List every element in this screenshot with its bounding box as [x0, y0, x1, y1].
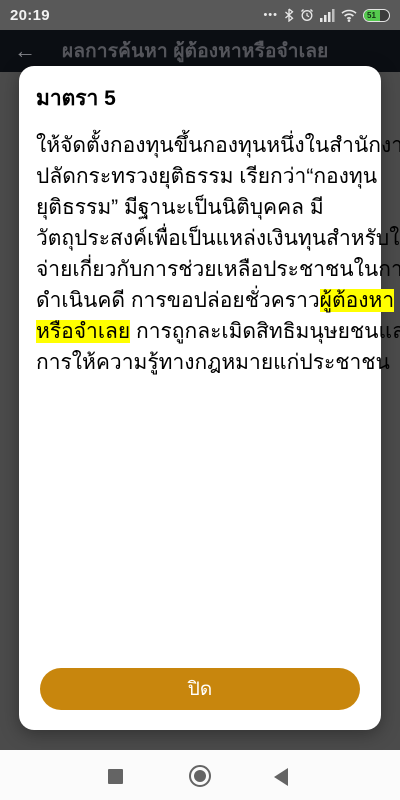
body-line: ดำเนินคดี การขอปล่อยชั่วคราวผู้ต้องหา: [36, 285, 369, 316]
android-nav-bar: [0, 750, 400, 800]
body-line: วัตถุประสงค์เพื่อเป็นแหล่งเงินทุนสำหรับใ…: [36, 223, 369, 254]
status-bar: 20:19 •••: [0, 0, 400, 30]
section-detail-modal: มาตรา 5 ให้จัดตั้งกองทุนขึ้นกองทุนหนึ่งใ…: [19, 66, 381, 730]
bluetooth-icon: [284, 8, 294, 22]
search-term-highlight: ผู้ต้องหา: [320, 289, 394, 312]
status-icons: ••• 51: [263, 8, 390, 22]
recents-square-icon[interactable]: [108, 769, 123, 784]
body-line: หรือจำเลย การถูกละเมิดสิทธิมนุษยชนและ: [36, 316, 369, 347]
home-circle-icon[interactable]: [189, 765, 211, 787]
battery-icon: 51: [363, 9, 390, 22]
page-title: ผลการค้นหา ผู้ต้องหาหรือจำเลย: [62, 36, 329, 66]
body-line: ให้จัดตั้งกองทุนขึ้นกองทุนหนึ่งในสำนักงา…: [36, 130, 369, 161]
body-line: ปลัดกระทรวงยุติธรรม เรียกว่า“กองทุน: [36, 161, 369, 192]
section-title: มาตรา 5: [36, 82, 116, 115]
back-triangle-icon[interactable]: [274, 768, 288, 786]
close-button[interactable]: ปิด: [40, 668, 360, 710]
wifi-icon: [341, 9, 357, 22]
clock-time: 20:19: [10, 7, 50, 24]
notification-dots-icon: •••: [263, 10, 278, 21]
body-line: การให้ความรู้ทางกฎหมายแก่ประชาชน: [36, 347, 369, 378]
modal-body: ให้จัดตั้งกองทุนขึ้นกองทุนหนึ่งในสำนักงา…: [36, 130, 369, 378]
search-term-highlight: หรือจำเลย: [36, 320, 130, 343]
close-button-label: ปิด: [188, 674, 212, 704]
phone-screen: 20:19 •••: [0, 0, 400, 800]
home-dot: [194, 770, 206, 782]
alarm-clock-icon: [300, 8, 314, 22]
back-arrow-icon[interactable]: ←: [14, 40, 36, 62]
body-line: จ่ายเกี่ยวกับการช่วยเหลือประชาชนในการ: [36, 254, 369, 285]
battery-percent: 51: [367, 10, 376, 21]
body-line: ยุติธรรม” มีฐานะเป็นนิติบุคคล มี: [36, 192, 369, 223]
signal-bars-icon: [320, 9, 335, 22]
